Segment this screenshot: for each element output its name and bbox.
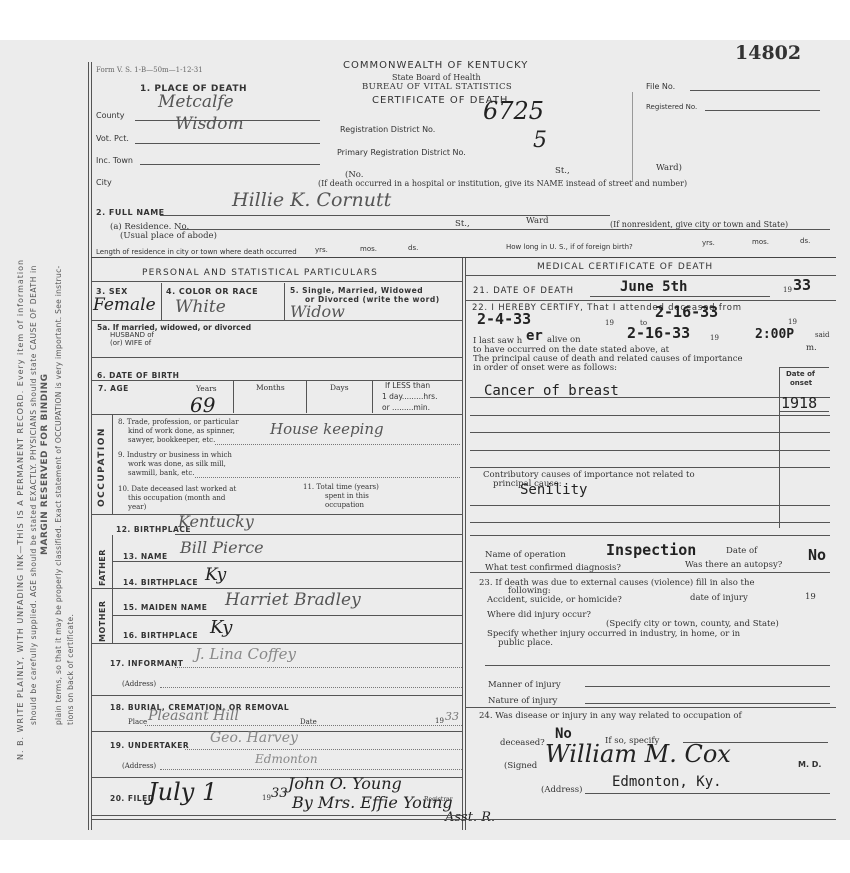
personal-title: PERSONAL AND STATISTICAL PARTICULARS [142,268,378,278]
center-divider [462,258,463,830]
check-mark [632,92,633,182]
margin-note-line1: N. B. WRITE PLAINLY, WITH UNFADING INK—T… [16,259,25,760]
mother-birthplace-value[interactable]: Ky [210,617,232,638]
city-label: City [96,178,112,187]
informant-value[interactable]: J. Lina Coffey [195,645,296,663]
time-of-death[interactable]: 2:00P [755,327,794,342]
dob-label: 6. DATE OF BIRTH [97,371,179,380]
registered-no-label: Registered No. [646,103,697,111]
reg-district-label: Registration District No. [340,125,435,134]
mother-maiden-label: 15. MAIDEN NAME [123,603,207,612]
registrar-signature: John O. Young [288,774,402,793]
stamp-number: 14802 [735,42,801,64]
full-name-value[interactable]: Hillie K. Cornutt [232,189,391,211]
mother-maiden-value[interactable]: Harriet Bradley [225,590,361,610]
dod-value[interactable]: June 5th [620,279,687,295]
physician-address[interactable]: Edmonton, Ky. [612,774,722,790]
margin-note-line4: tions on back of certificate. [66,614,75,725]
race-label: 4. COLOR OR RACE [166,287,258,296]
operation-value[interactable]: Inspection [606,541,696,559]
primary-district-value[interactable]: 5 [533,128,547,153]
father-birthplace-value[interactable]: Ky [205,565,226,585]
burial-place-value[interactable]: Pleasant Hill [148,708,239,724]
primary-district-label: Primary Registration District No. [337,148,466,157]
last-saw-date[interactable]: 2-16-33 [627,324,690,342]
attended-from[interactable]: 2-4-33 [477,310,531,328]
filed-date[interactable]: July 1 [148,778,217,806]
margin-note-line2: should be carefully supplied. AGE should… [29,265,38,725]
vot-pct-value[interactable]: Wisdom [175,114,244,134]
mother-side-label: MOTHER [98,600,107,642]
deputy-suffix: Asst. R. [445,810,495,825]
county-label: County [96,111,125,120]
undertaker-address-value[interactable]: Edmonton [255,752,318,766]
attended-to[interactable]: 2-16-33 [655,303,718,321]
inc-town-label: Inc. Town [96,156,133,165]
father-side-label: FATHER [98,549,107,586]
dod-label: 21. DATE OF DEATH [473,286,574,296]
mother-birthplace-label: 16. BIRTHPLACE [123,631,198,640]
bureau-title: BUREAU OF VITAL STATISTICS [362,82,512,92]
hospital-note: (If death occurred in a hospital or inst… [318,179,687,188]
commonwealth-title: COMMONWEALTH OF KENTUCKY [343,60,528,71]
board-of-health: State Board of Health [392,73,481,82]
occupation-value[interactable]: House keeping [270,420,384,438]
marital-value[interactable]: Widow [290,302,345,321]
contributory-cause[interactable]: Senility [520,482,587,498]
file-no-label: File No. [646,82,675,91]
margin-binding-text: MARGIN RESERVED FOR BINDING [40,374,50,555]
sex-value[interactable]: Female [93,295,156,315]
frame-left-border [88,62,89,830]
race-value[interactable]: White [175,297,226,317]
birthplace-value[interactable]: Kentucky [178,512,254,531]
county-value[interactable]: Metcalfe [158,92,234,112]
cause-1-onset[interactable]: 1918 [781,394,817,412]
margin-note-line3: plain terms, so that it may be properly … [54,266,63,726]
undertaker-label: 19. UNDERTAKER [110,741,189,750]
vot-pct-label: Vot. Pct. [96,134,129,143]
father-name-label: 13. NAME [123,552,168,561]
full-name-label: 2. FULL NAME [96,208,165,217]
age-label: 7. AGE [98,384,129,393]
occupation-side-label: OCCUPATION [97,427,107,507]
undertaker-value[interactable]: Geo. Harvey [210,730,298,746]
father-name-value[interactable]: Bill Pierce [180,538,264,557]
father-birthplace-label: 14. BIRTHPLACE [123,578,198,587]
dod-year[interactable]: 33 [793,276,811,294]
form-code: Form V. S. 1-B—50m—1-12-31 [96,66,203,74]
reg-district-value[interactable]: 6725 [483,97,544,125]
physician-signature: William M. Cox [545,740,731,768]
autopsy-value[interactable]: No [808,546,826,564]
medical-title: MEDICAL CERTIFICATE OF DEATH [537,262,713,272]
informant-label: 17. INFORMANT [110,659,183,668]
length-residence-label: Length of residence in city or town wher… [96,248,297,256]
